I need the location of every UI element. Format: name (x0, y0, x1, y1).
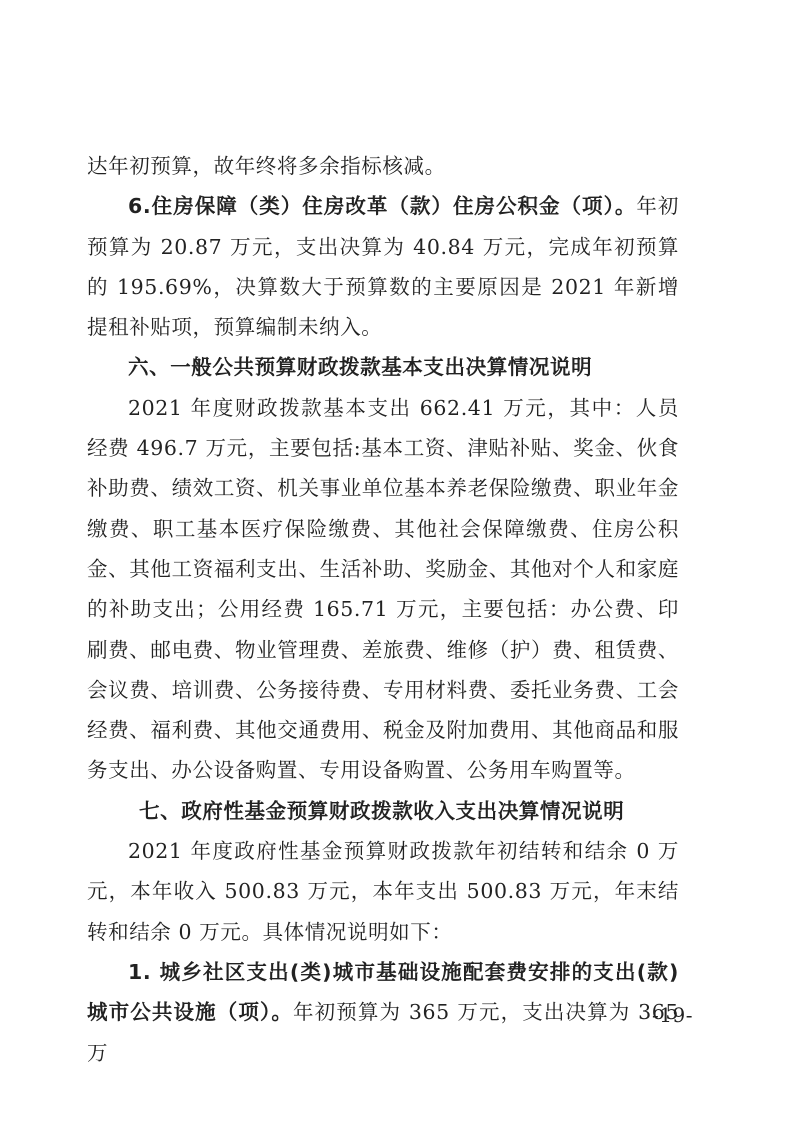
item-6-title: 6.住房保障（类）住房改革（款）住房公积金（项）。 (128, 194, 636, 218)
continuation-paragraph: 达年初预算，故年终将多余指标核减。 (87, 146, 679, 186)
document-page: 达年初预算，故年终将多余指标核减。 6.住房保障（类）住房改革（款）住房公积金（… (87, 146, 679, 1073)
page-number: -19- (652, 1003, 693, 1027)
section-7-item-1: 1. 城乡社区支出(类)城市基础设施配套费安排的支出(款)城市公共设施（项）。年… (87, 952, 679, 1073)
item-6-paragraph: 6.住房保障（类）住房改革（款）住房公积金（项）。年初预算为 20.87 万元，… (87, 186, 679, 347)
section-6-heading: 六、一般公共预算财政拨款基本支出决算情况说明 (87, 347, 679, 387)
section-7-heading: 七、政府性基金预算财政拨款收入支出决算情况说明 (87, 791, 679, 831)
section-7-body: 2021 年度政府性基金预算财政拨款年初结转和结余 0 万元，本年收入 500.… (87, 831, 679, 952)
section-6-body: 2021 年度财政拨款基本支出 662.41 万元，其中：人员经费 496.7 … (87, 388, 679, 791)
